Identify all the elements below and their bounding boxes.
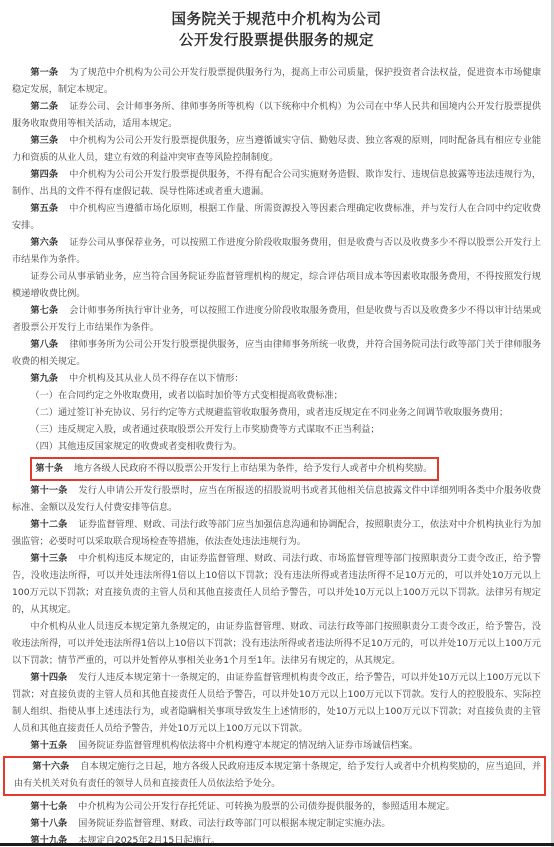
article-text: 证券公司从事承销业务，应当符合国务院证券监督管理机构的规定，综合评估项目成本等因… xyxy=(12,271,541,299)
article-number: 第七条 xyxy=(30,305,58,316)
article-content: 第九条中介机构及其从业人员不得存在以下情形： xyxy=(30,373,243,384)
article-number: 第三条 xyxy=(30,135,58,146)
article-paragraph: 第十六条自本规定施行之日起，地方各级人民政府违反本规定第十条规定，给予发行人或者… xyxy=(3,756,546,796)
article-content: 第十二条证券监督管理、财政、司法行政等部门应当加强信息沟通和协调配合，按照职责分… xyxy=(12,519,541,547)
article-text: 国务院证券监督管理机构依法将中介机构遵守本规定的情况纳入证券市场诚信档案。 xyxy=(78,740,418,751)
article-number: 第十三条 xyxy=(30,553,67,564)
article-content: 第十四条发行人违反本规定第十一条规定的，由证券监督管理机构责令改正，给予警告，可… xyxy=(12,672,541,734)
article-content: 第十条地方各级人民政府不得以股票公开发行上市结果为条件，给予发行人或者中介机构奖… xyxy=(30,457,439,481)
article-text: 发行人申请公开发行股票时，应当在所报送的招股说明书或者其他相关信息披露文件中详细… xyxy=(12,485,541,513)
article-paragraph: （三）违反规定入股，或者通过获取股票公开发行上市奖励费等方式谋取不正当利益； xyxy=(12,421,541,438)
article-content: 第十三条中介机构违反本规定的，由证券监督管理、财政、司法行政、市场监督管理等部门… xyxy=(12,553,541,615)
article-paragraph: 第八条律师事务所为公司公开发行股票提供服务，应当由律师事务所统一收费，并符合国务… xyxy=(12,336,541,370)
article-paragraph: 第一条为了规范中介机构为公司公开发行股票提供服务行为，提高上市公司质量，保护投资… xyxy=(12,64,541,98)
doc-title-line-2: 公开发行股票提供服务的规定 xyxy=(12,30,541,51)
article-number: 第十四条 xyxy=(30,672,67,683)
article-paragraph: 第五条中介机构应当遵循市场化原则，根据工作量、所需资源投入等因素合理确定收费标准… xyxy=(12,200,541,234)
doc-title: 国务院关于规范中介机构为公司 公开发行股票提供服务的规定 xyxy=(12,9,541,51)
article-paragraph: 第七条会计师事务所执行审计业务，可以按照工作进度分阶段收取服务费用，但是收费与否… xyxy=(12,302,541,336)
article-paragraph: （二）通过签订补充协议、另行约定等方式规避监管收取服务费用，或者违反规定在不同业… xyxy=(12,404,541,421)
article-number: 第六条 xyxy=(30,237,58,248)
article-paragraph: 第十七条中介机构为公司公开发行存托凭证、可转换为股票的公司债券提供服务的，参照适… xyxy=(12,798,541,815)
article-content: 证券公司从事承销业务，应当符合国务院证券监督管理机构的规定，综合评估项目成本等因… xyxy=(12,271,541,299)
article-number: 第十六条 xyxy=(32,761,69,772)
article-text: （二）通过签订补充协议、另行约定等方式规避监管收取服务费用，或者违反规定在不同业… xyxy=(30,407,508,418)
article-content: 第十五条国务院证券监督管理机构依法将中介机构遵守本规定的情况纳入证券市场诚信档案… xyxy=(30,740,418,751)
article-paragraph: 第六条证券公司从事保荐业务，可以按照工作进度分阶段收取服务费用，但是收费与否以及… xyxy=(12,234,541,268)
article-text: 中介机构应当遵循市场化原则，根据工作量、所需资源投入等因素合理确定收费标准，并与… xyxy=(12,203,541,231)
article-content: 第六条证券公司从事保荐业务，可以按照工作进度分阶段收取服务费用，但是收费与否以及… xyxy=(12,237,541,265)
article-number: 第九条 xyxy=(30,373,58,384)
article-paragraph: 第十四条发行人违反本规定第十一条规定的，由证券监督管理机构责令改正，给予警告，可… xyxy=(12,669,541,737)
article-number: 第十八条 xyxy=(30,818,67,829)
article-number: 第十七条 xyxy=(30,801,67,812)
article-content: （二）通过签订补充协议、另行约定等方式规避监管收取服务费用，或者违反规定在不同业… xyxy=(30,407,508,418)
article-text: 中介机构及其从业人员不得存在以下情形： xyxy=(69,373,244,384)
article-paragraph: 第十五条国务院证券监督管理机构依法将中介机构遵守本规定的情况纳入证券市场诚信档案… xyxy=(12,737,541,754)
article-content: （四）其他违反国家规定的收费或者变相收费行为。 xyxy=(30,441,241,452)
article-content: 第十七条中介机构为公司公开发行存托凭证、可转换为股票的公司债券提供服务的，参照适… xyxy=(30,801,454,812)
article-paragraph: 第九条中介机构及其从业人员不得存在以下情形： xyxy=(12,370,541,387)
article-text: 国务院证券监督管理、财政、司法行政等部门可以根据本规定制定实施办法。 xyxy=(78,818,390,829)
article-content: 第十六条自本规定施行之日起，地方各级人民政府违反本规定第十条规定，给予发行人或者… xyxy=(14,761,541,789)
article-content: 中介机构从业人员违反本规定第九条规定的，由证券监督管理、财政、司法行政等部门按照… xyxy=(12,621,541,666)
article-number: 第十条 xyxy=(35,463,63,474)
document-body: 第一条为了规范中介机构为公司公开发行股票提供服务行为，提高上市公司质量，保护投资… xyxy=(12,64,541,847)
document-page: 国务院关于规范中介机构为公司 公开发行股票提供服务的规定 第一条为了规范中介机构… xyxy=(0,0,554,847)
article-number: 第四条 xyxy=(30,169,58,180)
article-paragraph: 第十条地方各级人民政府不得以股票公开发行上市结果为条件，给予发行人或者中介机构奖… xyxy=(12,457,541,481)
article-paragraph: （四）其他违反国家规定的收费或者变相收费行为。 xyxy=(12,438,541,455)
article-paragraph: （一）在合同约定之外收取费用，或者以临时加价等方式变相提高收费标准； xyxy=(12,387,541,404)
article-number: 第五条 xyxy=(30,203,58,214)
article-content: （三）违反规定入股，或者通过获取股票公开发行上市奖励费等方式谋取不正当利益； xyxy=(30,424,379,435)
article-number: 第十五条 xyxy=(30,740,67,751)
article-content: 第一条为了规范中介机构为公司公开发行股票提供服务行为，提高上市公司质量，保护投资… xyxy=(12,67,541,95)
article-paragraph: 中介机构从业人员违反本规定第九条规定的，由证券监督管理、财政、司法行政等部门按照… xyxy=(12,618,541,669)
article-content: 第七条会计师事务所执行审计业务，可以按照工作进度分阶段收取服务费用，但是收费与否… xyxy=(12,305,541,333)
article-number: 第二条 xyxy=(30,101,58,112)
article-text: （三）违反规定入股，或者通过获取股票公开发行上市奖励费等方式谋取不正当利益； xyxy=(30,424,379,435)
article-content: 第五条中介机构应当遵循市场化原则，根据工作量、所需资源投入等因素合理确定收费标准… xyxy=(12,203,541,231)
page-bottom-border xyxy=(0,843,554,846)
article-text: 律师事务所为公司公开发行股票提供服务，应当由律师事务所统一收费，并符合国务院司法… xyxy=(12,339,541,367)
article-paragraph: 第十一条发行人申请公开发行股票时，应当在所报送的招股说明书或者其他相关信息披露文… xyxy=(12,482,541,516)
article-text: 中介机构违反本规定的，由证券监督管理、财政、司法行政、市场监督管理等部门按照职责… xyxy=(12,553,541,615)
article-text: 中介机构为公司公开发行股票提供服务，应当遵循诚实守信、勤勉尽责、独立客观的原则，… xyxy=(12,135,541,163)
article-paragraph: 第十二条证券监督管理、财政、司法行政等部门应当加强信息沟通和协调配合，按照职责分… xyxy=(12,516,541,550)
article-text: 证券公司、会计师事务所、律师事务所等机构（以下统称中介机构）为公司在中华人民共和… xyxy=(12,101,541,129)
article-content: （一）在合同约定之外收取费用，或者以临时加价等方式变相提高收费标准； xyxy=(30,390,342,401)
article-content: 第十一条发行人申请公开发行股票时，应当在所报送的招股说明书或者其他相关信息披露文… xyxy=(12,485,541,513)
article-text: （一）在合同约定之外收取费用，或者以临时加价等方式变相提高收费标准； xyxy=(30,390,342,401)
article-paragraph: 第十三条中介机构违反本规定的，由证券监督管理、财政、司法行政、市场监督管理等部门… xyxy=(12,550,541,618)
article-text: 为了规范中介机构为公司公开发行股票提供服务行为，提高上市公司质量，保护投资者合法… xyxy=(12,67,541,95)
article-text: 会计师事务所执行审计业务，可以按照工作进度分阶段收取服务费用，但是收费与否以及收… xyxy=(12,305,541,333)
article-paragraph: 第四条中介机构为公司公开发行股票提供服务，不得有配合公司实施财务造假、欺诈发行、… xyxy=(12,166,541,200)
article-text: 中介机构为公司公开发行股票提供服务，不得有配合公司实施财务造假、欺诈发行、违规信… xyxy=(12,169,541,197)
article-content: 第三条中介机构为公司公开发行股票提供服务，应当遵循诚实守信、勤勉尽责、独立客观的… xyxy=(12,135,541,163)
article-paragraph: 第二条证券公司、会计师事务所、律师事务所等机构（以下统称中介机构）为公司在中华人… xyxy=(12,98,541,132)
article-number: 第十一条 xyxy=(30,485,67,496)
article-text: 自本规定施行之日起，地方各级人民政府违反本规定第十条规定，给予发行人或者中介机构… xyxy=(14,761,541,789)
article-number: 第十二条 xyxy=(30,519,67,530)
article-number: 第一条 xyxy=(30,67,58,78)
article-content: 第十八条国务院证券监督管理、财政、司法行政等部门可以根据本规定制定实施办法。 xyxy=(30,818,390,829)
article-text: （四）其他违反国家规定的收费或者变相收费行为。 xyxy=(30,441,241,452)
article-text: 证券监督管理、财政、司法行政等部门应当加强信息沟通和协调配合，按照职责分工，依法… xyxy=(12,519,541,547)
article-text: 发行人违反本规定第十一条规定的，由证券监督管理机构责令改正，给予警告，可以并处1… xyxy=(12,672,541,734)
article-text: 中介机构从业人员违反本规定第九条规定的，由证券监督管理、财政、司法行政等部门按照… xyxy=(12,621,541,666)
article-content: 第二条证券公司、会计师事务所、律师事务所等机构（以下统称中介机构）为公司在中华人… xyxy=(12,101,541,129)
article-text: 证券公司从事保荐业务，可以按照工作进度分阶段收取服务费用，但是收费与否以及收费多… xyxy=(12,237,541,265)
article-paragraph: 第三条中介机构为公司公开发行股票提供服务，应当遵循诚实守信、勤勉尽责、独立客观的… xyxy=(12,132,541,166)
article-content: 第四条中介机构为公司公开发行股票提供服务，不得有配合公司实施财务造假、欺诈发行、… xyxy=(12,169,541,197)
article-paragraph: 证券公司从事承销业务，应当符合国务院证券监督管理机构的规定，综合评估项目成本等因… xyxy=(12,268,541,302)
article-content: 第八条律师事务所为公司公开发行股票提供服务，应当由律师事务所统一收费，并符合国务… xyxy=(12,339,541,367)
article-text: 地方各级人民政府不得以股票公开发行上市结果为条件，给予发行人或者中介机构奖励。 xyxy=(74,463,432,474)
article-number: 第八条 xyxy=(30,339,58,350)
article-text: 中介机构为公司公开发行存托凭证、可转换为股票的公司债券提供服务的，参照适用本规定… xyxy=(78,801,455,812)
doc-title-line-1: 国务院关于规范中介机构为公司 xyxy=(12,9,541,30)
article-paragraph: 第十八条国务院证券监督管理、财政、司法行政等部门可以根据本规定制定实施办法。 xyxy=(12,815,541,832)
